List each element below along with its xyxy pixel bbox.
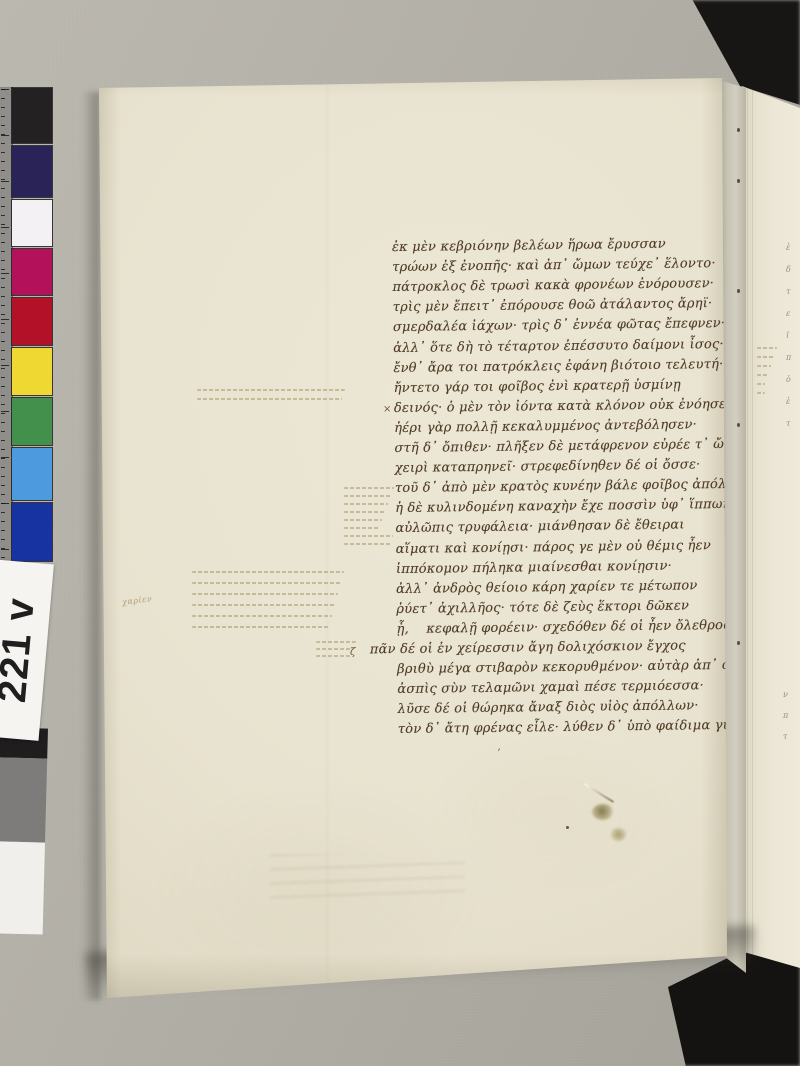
scholium-line [344,519,382,521]
scholium-line [344,511,385,513]
color-patch-royal-blue [12,503,52,561]
sewing-dot [737,289,740,293]
manuscript-text-line: λῦσε δέ οἱ θώρηκα ἄναξ διὸς υἱὸς ἀπόλλων… [398,699,699,719]
manuscript-photograph: ἐκ μὲν κεβριόνην βελέων ἥρωα ἔρυσσαντρώω… [0,0,800,1066]
recto-edge-letter: π [783,711,788,720]
marginal-scholium [344,487,394,551]
margin-mark: ʼ [497,748,500,759]
manuscript-text-line: αἵματι καὶ κονίῃσι· πάρος γε μὲν οὐ θέμι… [396,538,711,558]
recto-edge-letter: ἑ [786,397,790,406]
color-patch-navy [12,146,52,197]
scholium-line [757,356,774,358]
recto-edge-letter: τ [786,287,790,296]
scholium-line [757,392,765,394]
scholium-line [344,487,394,489]
marginal-scholium [192,571,344,637]
page-shadow-left [79,92,100,1000]
manuscript-text-line: σμερδαλέα ἰάχων· τρὶς δ᾽ ἐννέα φῶτας ἔπε… [393,316,725,336]
scholium-line [757,383,765,385]
manuscript-text-line: ῥύετ᾽ ἀχιλλῆος· τότε δὲ ζεὺς ἕκτορι δῶκε… [396,598,689,618]
scholium-line [316,655,350,657]
recto-edge-letter: ἐ [786,243,790,252]
marginal-scholium [757,347,777,401]
lower-patch-white [0,841,45,934]
scholium-line [757,365,771,367]
recto-edge-letter: τ [786,419,790,428]
scholium-line [757,374,768,376]
color-patch-magenta [12,249,52,295]
scholium-line [192,582,341,584]
scholium-line [197,389,345,391]
sewing-dot [737,128,740,132]
ink-stain [610,828,627,841]
scholium-line [344,495,391,497]
facing-recto-page-edge [742,80,800,975]
manuscript-text-line: αὐλῶπις τρυφάλεια· μιάνθησαν δὲ ἔθειραι [395,518,684,538]
scholium-line [316,641,356,643]
scholium-line [316,648,353,650]
recto-edge-letter: ν [783,690,788,699]
manuscript-text-line: ᾗ, κεφαλῇ φορέειν· σχεδόθεν δέ οἱ ἦεν ὄλ… [397,618,736,638]
manuscript-text-line: τρὶς μὲν ἔπειτ᾽ ἐπόρουσε θοῶ ἀτάλαντος ἄ… [393,296,713,316]
sewing-dot [737,179,740,183]
lower-patch-gray [0,757,47,842]
scholium-line [192,593,338,595]
color-patch-green [12,398,52,445]
scholium-line [197,398,342,400]
scholium-line [344,535,393,537]
manuscript-text-line: πάτροκλος δὲ τρωσὶ κακὰ φρονέων ἐνόρουσε… [392,276,714,296]
manuscript-text-line: τοῦ δ᾽ ἀπὸ μὲν κρατὸς κυνέην βάλε φοῖβος… [395,477,758,497]
recto-edge-letter: τ [783,732,787,741]
sewing-dot [737,641,740,645]
recto-edge-letter: ὁ [786,375,791,384]
margin-mark: × [383,404,391,415]
recto-edge-letter: ϊ [786,331,789,340]
color-patch-red [12,298,52,345]
recto-edge-letter: ε [786,309,790,318]
scholium-line [192,604,335,606]
manuscript-text-line: πᾶν δέ οἱ ἐν χείρεσσιν ἄγη δολιχόσκιον ἔ… [370,638,686,658]
manuscript-text-line: ἐκ μὲν κεβριόνην βελέων ἥρωα ἔρυσσαν [392,237,666,256]
color-calibration-bar [12,88,52,564]
color-patch-black [12,88,52,143]
marginal-scholium [197,389,345,407]
sewing-dot [737,423,740,427]
scholium-line [344,527,379,529]
manuscript-text-line: τὸν δ᾽ ἄτη φρένας εἷλε· λύθεν δ᾽ ὑπὸ φαί… [398,718,750,738]
scholium-line [192,615,332,617]
manuscript-text-line: ἔνθ᾽ ἄρα τοι πατρόκλεις ἐφάνη βιότοιο τε… [393,357,723,377]
recto-edge-letter: δ [786,265,791,274]
scholium-line [192,626,329,628]
manuscript-text-line: ἡ δὲ κυλινδομένη καναχὴν ἔχε ποσσὶν ὑφ᾽ … [395,497,731,517]
manuscript-text-line: βριθὺ μέγα στιβαρὸν κεκορυθμένον· αὐτὰρ … [397,658,760,678]
scholium-line [344,503,388,505]
manuscript-text-line: χειρὶ καταπρηνεῖ· στρεφεδίνηθεν δέ οἱ ὄσ… [395,457,701,477]
manuscript-text-line: ἤντετο γάρ τοι φοῖβος ἐνὶ κρατερῇ ὑσμίνῃ [394,377,681,397]
scholium-line [344,543,390,545]
folio-number-label: 221 v [0,559,54,740]
recto-edge-letter: π [786,353,791,362]
ink-stain [592,804,614,820]
manuscript-text-line: ἀλλ᾽ ἀνδρὸς θείοιο κάρη χαρίεν τε μέτωπο… [396,578,698,598]
manuscript-text-line: τρώων ἐξ ἐνοπῆς· καὶ ἀπ᾽ ὤμων τεύχε᾽ ἕλο… [392,256,716,276]
color-patch-white [12,200,52,246]
parchment-streaks [270,854,465,902]
color-patch-cerulean [12,448,52,500]
manuscript-text-line: ἠέρι γὰρ πολλῇ κεκαλυμμένος ἀντεβόλησεν· [394,417,697,437]
manuscript-text-line: δεινός· ὁ μὲν τὸν ἰόντα κατὰ κλόνον οὐκ … [394,397,739,417]
color-patch-yellow [12,348,52,395]
margin-mark: ζ [350,647,355,658]
manuscript-text-line: ἀλλ᾽ ὅτε δὴ τὸ τέταρτον ἐπέσσυτο δαίμονι… [393,336,724,356]
scholium-line [757,347,777,349]
ink-fleck [566,826,569,829]
manuscript-text-line: ἱππόκομον πήληκα μιαίνεσθαι κονίῃσιν· [396,558,672,577]
manuscript-text-line: στῆ δ᾽ ὄπιθεν· πλῆξεν δὲ μετάφρενον εὐρέ… [394,437,743,457]
manuscript-text-line: ἀσπὶς σὺν τελαμῶνι χαμαὶ πέσε τερμιόεσσα… [397,678,704,698]
grayscale-patches [0,727,48,934]
folio-number-text: 221 v [0,596,44,705]
scholium-line [192,571,344,573]
